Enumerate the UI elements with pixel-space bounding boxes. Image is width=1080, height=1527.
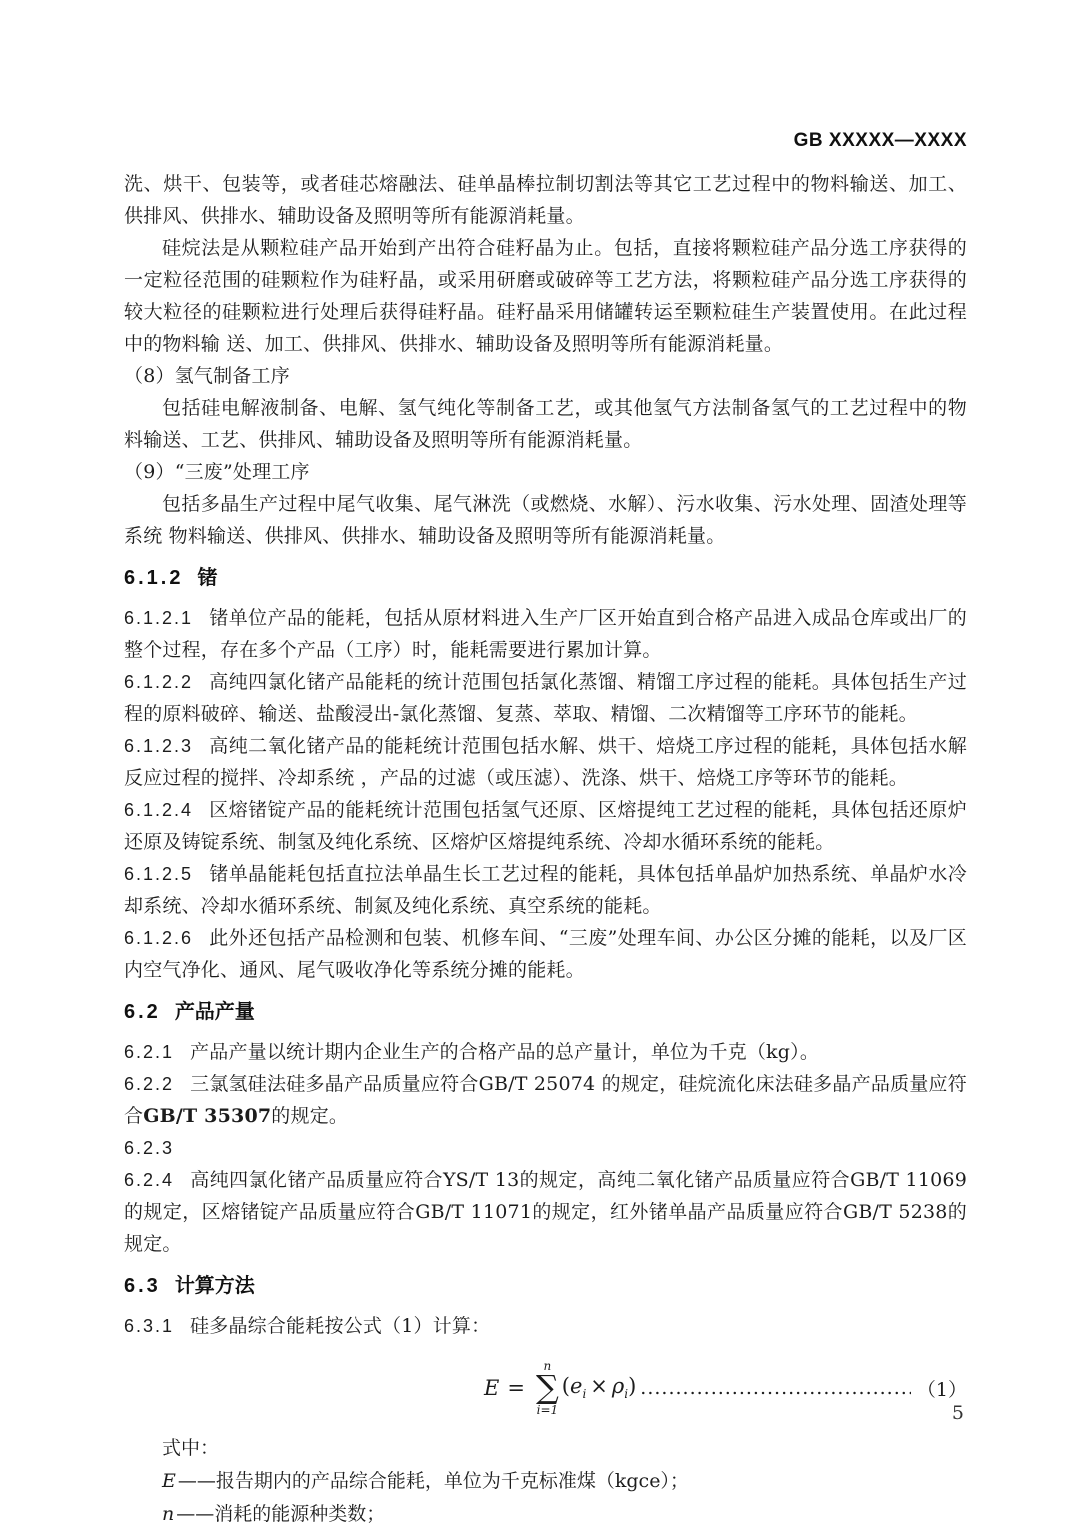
clause-6-3-1: 6.3.1硅多晶综合能耗按公式（1）计算： <box>124 1310 967 1342</box>
heading-title: 锗 <box>197 567 217 589</box>
clause-6-1-2-4: 6.1.2.4区熔锗锭产品的能耗统计范围包括氢气还原、区熔提纯工艺过程的能耗，具… <box>124 794 967 858</box>
clause-number: 6.1.2.6 <box>124 928 193 948</box>
formula-number: （1） <box>917 1375 967 1402</box>
document-page: GB XXXXX—XXXX 洗、烘干、包装等，或者硅芯熔融法、硅单晶棒拉制切割法… <box>0 0 1080 1527</box>
heading-title: 计算方法 <box>175 1275 255 1297</box>
definition-dash: —— <box>178 1470 216 1492</box>
heading-6-1-2: 6.1.2锗 <box>124 564 967 592</box>
heading-6-3: 6.3计算方法 <box>124 1272 967 1300</box>
clause-number: 6.2.4 <box>124 1170 174 1190</box>
clause-6-1-2-2: 6.1.2.2高纯四氯化锗产品能耗的统计范围包括氯化蒸馏、精馏工序过程的能耗。具… <box>124 666 967 730</box>
var-rho: ρ <box>612 1374 624 1398</box>
clause-number: 6.1.2.1 <box>124 608 193 628</box>
clause-number: 6.1.2.2 <box>124 672 193 692</box>
symbol-n: n <box>162 1503 174 1525</box>
clause-6-2-1: 6.2.1产品产量以统计期内企业生产的合格产品的总产量计，单位为千克（kg）。 <box>124 1036 967 1068</box>
clause-number: 6.2.3 <box>124 1138 174 1158</box>
heading-title: 产品产量 <box>175 1001 255 1023</box>
definition-dash: —— <box>176 1503 214 1525</box>
definition-E: E——报告期内的产品综合能耗，单位为千克标准煤（kgce）； <box>124 1465 967 1498</box>
clause-text: 产品产量以统计期内企业生产的合格产品的总产量计，单位为千克（kg）。 <box>190 1041 819 1063</box>
clause-6-2-2: 6.2.2三氯氢硅法硅多晶产品质量应符合GB/T 25074 的规定，硅烷流化床… <box>124 1068 967 1132</box>
clause-text: 区熔锗锭产品的能耗统计范围包括氢气还原、区熔提纯工艺过程的能耗，具体包括还原炉还… <box>124 799 967 853</box>
clause-text: 的规定。 <box>271 1105 348 1127</box>
clause-number: 6.1.2.3 <box>124 736 193 756</box>
var-e: e <box>570 1374 582 1398</box>
clause-text: 锗单位产品的能耗，包括从原材料进入生产厂区开始直到合格产品进入成品仓库或出厂的整… <box>124 607 967 661</box>
sub-i: i <box>582 1388 586 1402</box>
clause-number: 6.3.1 <box>124 1316 174 1336</box>
clause-text-bold-ref: GB/T 35307 <box>143 1105 271 1127</box>
paren-open: ( <box>562 1374 570 1398</box>
heading-6-2: 6.2产品产量 <box>124 998 967 1026</box>
clause-text: 锗单晶能耗包括直拉法单晶生长工艺过程的能耗，具体包括单晶炉加热系统、单晶炉水冷却… <box>124 863 967 917</box>
clause-text: 硅多晶综合能耗按公式（1）计算： <box>190 1315 490 1337</box>
times-sign: × <box>590 1374 608 1398</box>
formula-lhs: E <box>484 1376 499 1400</box>
formula-expression: (ei×ρi) <box>562 1374 637 1401</box>
definition-text: 消耗的能源种类数； <box>214 1503 385 1525</box>
definition-n: n——消耗的能源种类数； <box>124 1498 967 1527</box>
sigma-icon: ∑ <box>536 1373 559 1402</box>
clause-text: 高纯二氧化锗产品的能耗统计范围包括水解、烘干、焙烧工序过程的能耗，具体包括水解反… <box>124 735 967 789</box>
clause-text: 高纯四氯化锗产品能耗的统计范围包括氯化蒸馏、精馏工序过程的能耗。具体包括生产过程… <box>124 671 967 725</box>
heading-number: 6.3 <box>124 1275 161 1297</box>
clause-number: 6.2.1 <box>124 1042 174 1062</box>
clause-6-1-2-5: 6.1.2.5锗单晶能耗包括直拉法单晶生长工艺过程的能耗，具体包括单晶炉加热系统… <box>124 858 967 922</box>
paren-close: ) <box>628 1374 636 1398</box>
clause-text: 此外还包括产品检测和包装、机修车间、“三废”处理车间、办公区分摊的能耗，以及厂区… <box>124 927 967 981</box>
paragraph-continuation: 洗、烘干、包装等，或者硅芯熔融法、硅单晶棒拉制切割法等其它工艺过程中的物料输送、… <box>124 168 967 232</box>
equals-sign: = <box>507 1376 525 1400</box>
clause-6-1-2-6: 6.1.2.6此外还包括产品检测和包装、机修车间、“三废”处理车间、办公区分摊的… <box>124 922 967 986</box>
list-item-9-title: （9）“三废”处理工序 <box>124 456 967 488</box>
clause-6-1-2-3: 6.1.2.3高纯二氧化锗产品的能耗统计范围包括水解、烘干、焙烧工序过程的能耗，… <box>124 730 967 794</box>
where-intro: 式中： <box>124 1432 967 1465</box>
sum-lower-limit: i=1 <box>537 1404 559 1416</box>
heading-number: 6.2 <box>124 1001 161 1023</box>
formula-1: E = n ∑ i=1 (ei×ρi) ....................… <box>124 1352 967 1424</box>
clause-number: 6.1.2.4 <box>124 800 193 820</box>
clause-6-2-3: 6.2.3 <box>124 1132 967 1164</box>
clause-number: 6.1.2.5 <box>124 864 193 884</box>
clause-6-1-2-1: 6.1.2.1锗单位产品的能耗，包括从原材料进入生产厂区开始直到合格产品进入成品… <box>124 602 967 666</box>
summation-symbol: n ∑ i=1 <box>536 1360 559 1416</box>
heading-number: 6.1.2 <box>124 567 183 589</box>
paragraph-three-wastes: 包括多晶生产过程中尾气收集、尾气淋洗（或燃烧、水解）、污水收集、污水处理、固渣处… <box>124 488 967 552</box>
paragraph-silane-method: 硅烷法是从颗粒硅产品开始到产出符合硅籽晶为止。包括，直接将颗粒硅产品分选工序获得… <box>124 232 967 360</box>
clause-text: 高纯四氯化锗产品质量应符合YS/T 13的规定，高纯二氧化锗产品质量应符合GB/… <box>124 1169 967 1255</box>
page-number: 5 <box>952 1402 964 1424</box>
paragraph-hydrogen-prep: 包括硅电解液制备、电解、氢气纯化等制备工艺，或其他氢气方法制备氢气的工艺过程中的… <box>124 392 967 456</box>
clause-6-2-4: 6.2.4高纯四氯化锗产品质量应符合YS/T 13的规定，高纯二氧化锗产品质量应… <box>124 1164 967 1260</box>
definition-text: 报告期内的产品综合能耗，单位为千克标准煤（kgce）； <box>216 1470 689 1492</box>
dot-leader: ........................................… <box>640 1377 911 1399</box>
standard-code-header: GB XXXXX—XXXX <box>124 130 967 152</box>
list-item-8-title: （8）氢气制备工序 <box>124 360 967 392</box>
clause-number: 6.2.2 <box>124 1074 174 1094</box>
symbol-E: E <box>162 1470 176 1492</box>
